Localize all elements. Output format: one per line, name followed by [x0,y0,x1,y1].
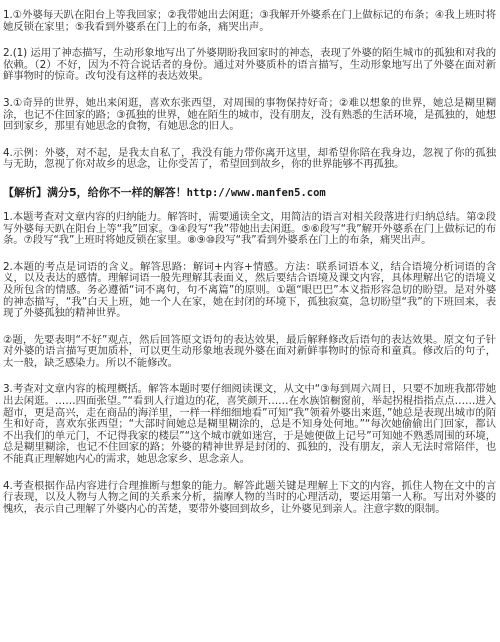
analysis-2b: ②题，先要表明“不好”观点，然后回答原文语句的表达效果，最后解释修改后语句的表达… [3,335,496,370]
analysis-number: 1. [3,211,13,223]
analysis-header: 【解析】满分5，给你不一样的解答！http://www.manfen5.com [3,186,496,200]
answer-4: 4.示例：外婆，对不起，是我太自私了，我没有能力带你离开这里，却希望你陪在我身边… [3,148,496,171]
source-url: http://www.manfen5.com [187,187,326,199]
answer-text: ①外婆每天趴在阳台上等我回家；②我带她出去闲逛；③我解开外婆系在门上做标记的布条… [3,9,496,33]
spacer [3,247,496,262]
spacer [3,83,496,98]
spacer [3,320,496,335]
spacer [3,133,496,148]
answer-text: ①奇异的世界，她出来闲逛，喜欢东张西望，对周围的事物保持好奇；②难以想象的世界，… [3,97,496,132]
analysis-text: 考查根据作品内容进行合理推断与想象的能力。解答此题关键是理解上下文的内容，抓住人… [3,480,496,515]
spacer [3,466,496,481]
analysis-2: 2.本题的考点是词语的含义。解答思路：解词+内容+情感。方法：联系词语本义，结合… [3,262,496,320]
analysis-1: 1.本题考查对文章内容的归纳能力。解答时，需要通读全文，用简洁的语言对相关段落进… [3,212,496,247]
analysis-text: 考查对文章内容的梳理概括。解答本题时要仔细阅读课文，从文中“③每到周六周日，只要… [3,383,496,465]
answer-3: 3.①奇异的世界，她出来闲逛，喜欢东张西望，对周围的事物保持好奇；②难以想象的世… [3,98,496,133]
spacer [3,171,496,186]
answer-1: 1.①外婆每天趴在阳台上等我回家；②我带她出去闲逛；③我解开外婆系在门上做标记的… [3,10,496,33]
analysis-label: 【解析】满分5，给你不一样的解答！ [3,186,187,199]
answer-number: 2. [3,47,13,59]
answer-number: 3. [3,97,13,109]
answer-number: 1. [3,9,13,21]
answer-text: 示例：外婆，对不起，是我太自私了，我没有能力带你离开这里，却希望你陪在我身边，忽… [3,147,496,171]
analysis-number: 3. [3,383,13,395]
spacer [3,33,496,48]
answer-text: (1) 运用了神态描写，生动形象地写出了外婆期盼我回家时的神态，表现了外婆的陌生… [3,47,496,82]
analysis-3: 3.考查对文章内容的梳理概括。解答本题时要仔细阅读课文，从文中“③每到周六周日，… [3,384,496,465]
analysis-text: 本题的考点是词语的含义。解答思路：解词+内容+情感。方法：联系词语本义，结合语境… [3,261,496,319]
analysis-number: 4. [3,480,13,492]
analysis-text: ②题，先要表明“不好”观点，然后回答原文语句的表达效果，最后解释修改后语句的表达… [3,334,496,369]
answer-document: 1.①外婆每天趴在阳台上等我回家；②我带她出去闲逛；③我解开外婆系在门上做标记的… [0,0,500,642]
analysis-4: 4.考查根据作品内容进行合理推断与想象的能力。解答此题关键是理解上下文的内容，抓… [3,481,496,516]
analysis-number: 2. [3,261,13,273]
answer-number: 4. [3,147,13,159]
analysis-text: 本题考查对文章内容的归纳能力。解答时，需要通读全文，用简洁的语言对相关段落进行归… [3,211,496,246]
answer-2: 2.(1) 运用了神态描写，生动形象地写出了外婆期盼我回家时的神态，表现了外婆的… [3,48,496,83]
